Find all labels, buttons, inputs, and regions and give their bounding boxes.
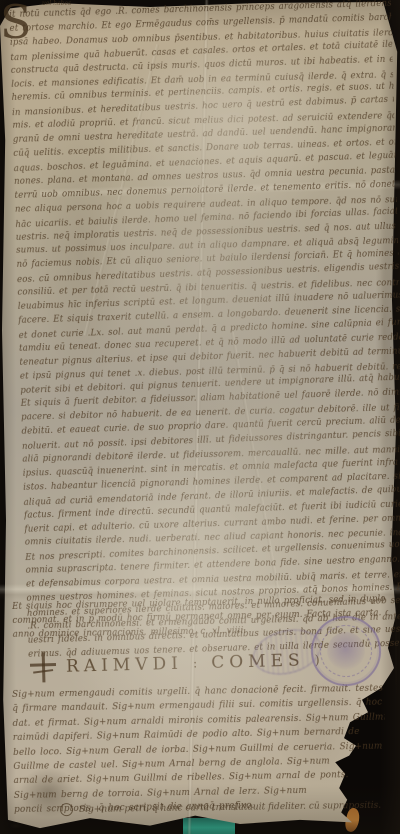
signum-cross-icon	[30, 652, 57, 683]
charter-body-text: it notū cunctis q̄d ego .R. comes barchi…	[9, 0, 400, 662]
notary-ring-mark-icon	[60, 803, 73, 816]
witness-signatures-block: Sig+num ermengaudi comitis urgelli. q̄ h…	[12, 682, 386, 818]
photo-of-parchment-charter: uel habes S it notū cunctis q̄d ego .R. …	[0, 0, 400, 834]
decorated-initial-letter: S	[0, 2, 32, 42]
notary-subscription-line: Sig+num petri. q̄ hanc cartā translataui…	[79, 800, 381, 814]
interlinear-note: uel habes	[42, 0, 71, 7]
signature-name-raimvdi: RAIMVDI	[66, 654, 183, 677]
signature-separator: :	[193, 656, 202, 671]
